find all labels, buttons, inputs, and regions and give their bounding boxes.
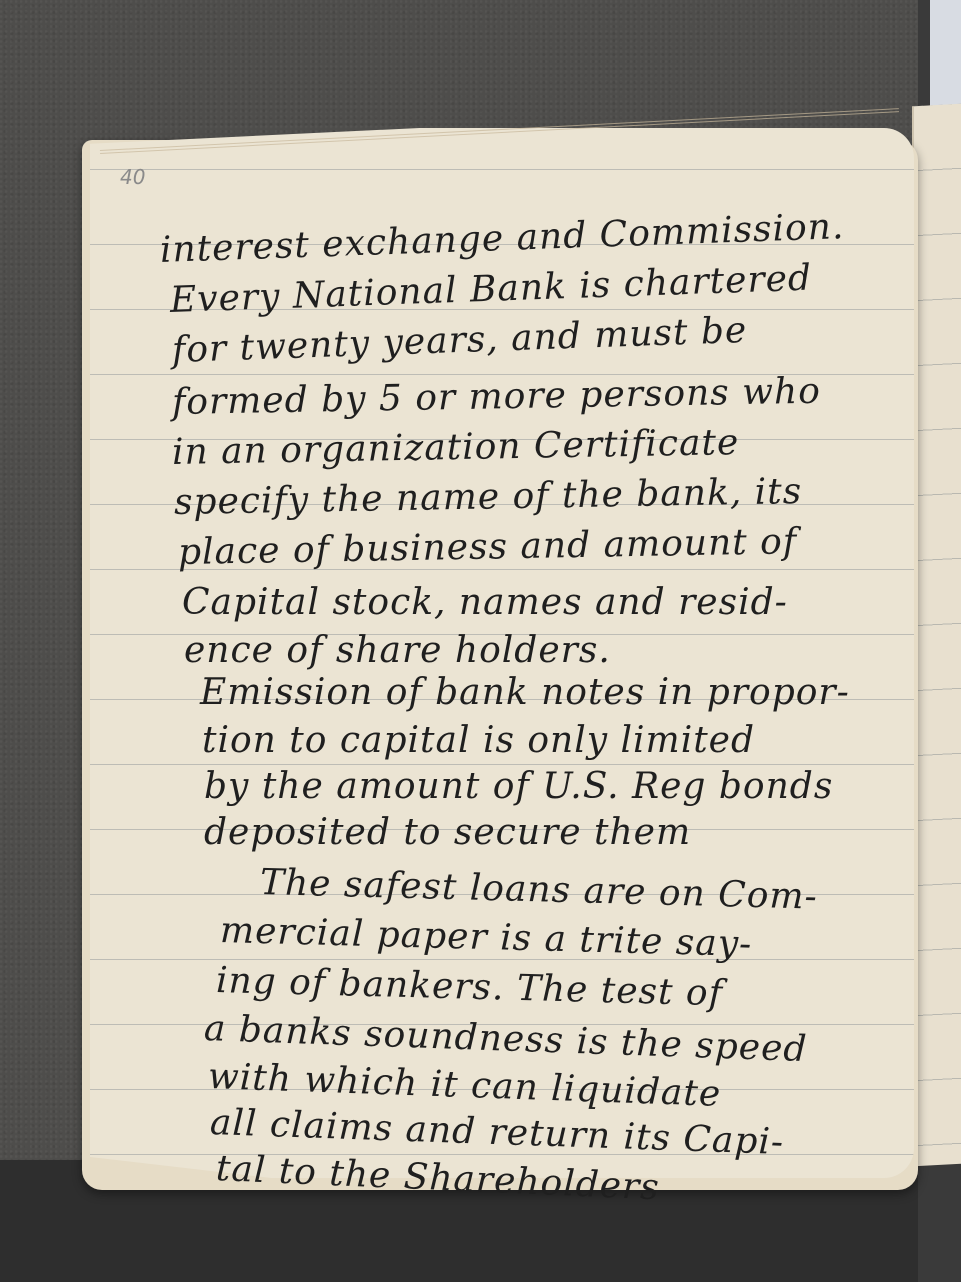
text-line: ence of share holders.: [184, 630, 611, 671]
text-line: Emission of bank notes in propor-: [200, 672, 850, 713]
facing-page: [912, 104, 961, 1167]
text-line: Capital stock, names and resid-: [182, 582, 788, 623]
page-number: 40: [120, 165, 145, 189]
text-line: deposited to secure them: [204, 812, 691, 853]
text-line: by the amount of U.S. Reg bonds: [204, 766, 833, 807]
background-light-strip: [930, 0, 961, 110]
text-line: tion to capital is only limited: [202, 720, 755, 761]
